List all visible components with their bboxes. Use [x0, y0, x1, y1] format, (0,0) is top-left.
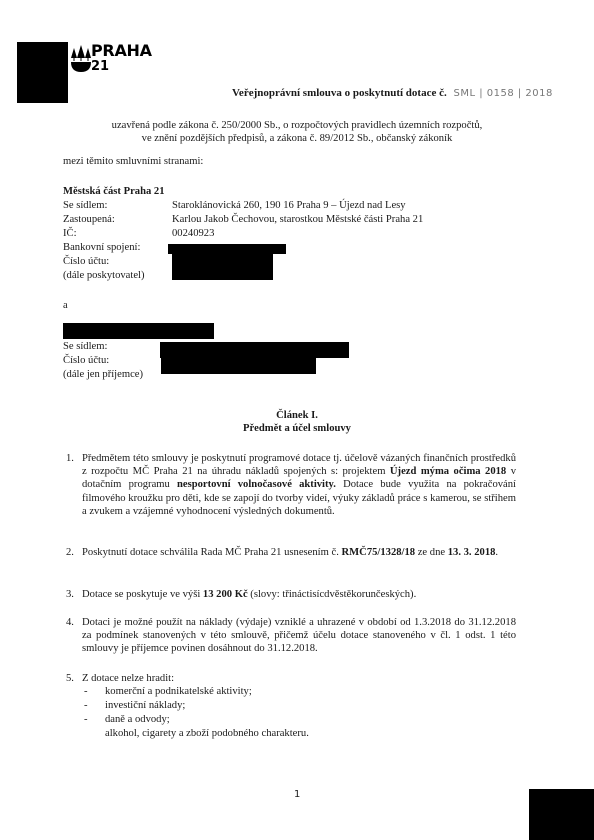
bullet-dash: -: [84, 700, 88, 711]
redaction-bottom-right: [529, 789, 594, 840]
resolution-number: RMČ75/1328/18: [342, 547, 416, 558]
title-text: Veřejnoprávní smlouva o poskytnutí dotac…: [232, 87, 447, 99]
page-number: 1: [294, 789, 300, 800]
item-text: Poskytnutí dotace schválila Rada MČ Prah…: [82, 546, 516, 559]
article-number: Článek I.: [0, 410, 594, 421]
item-number: 4.: [66, 616, 74, 629]
provider-alias: (dále poskytovatel): [63, 270, 145, 281]
article-item-2: 2. Poskytnutí dotace schválila Rada MČ P…: [66, 546, 516, 559]
provider-rep-value: Karlou Jakob Čechovou, starostkou Městsk…: [172, 214, 423, 225]
recipient-alias: (dále jen příjemce): [63, 369, 143, 380]
article-item-4: 4. Dotaci je možné použít na náklady (vý…: [66, 616, 516, 656]
item-text: Dotaci je možné použít na náklady (výdaj…: [82, 616, 516, 656]
article-item-3: 3. Dotace se poskytuje ve výši 13 200 Kč…: [66, 588, 516, 601]
recipient-account-label: Číslo účtu:: [63, 355, 109, 366]
resolution-date: 13. 3. 2018: [448, 547, 496, 558]
item-text-part: Dotace se poskytuje ve výši: [82, 589, 203, 600]
article-heading: Předmět a účel smlouvy: [0, 423, 594, 434]
item-text: Předmětem této smlouvy je poskytnutí pro…: [82, 452, 516, 518]
bullet-dash: -: [84, 714, 88, 725]
recipient-account-redaction: [161, 358, 316, 374]
excluded-item: daně a odvody;: [105, 714, 170, 725]
item-number: 3.: [66, 588, 74, 601]
provider-account-label: Číslo účtu:: [63, 256, 109, 267]
item-text-part: Poskytnutí dotace schválila Rada MČ Prah…: [82, 547, 342, 558]
provider-ic-value: 00240923: [172, 228, 214, 239]
provider-bank-label: Bankovní spojení:: [63, 242, 140, 253]
trees-icon: [70, 42, 92, 78]
praha-21-logo: PRAHA 21: [70, 42, 170, 78]
item-text: Dotace se poskytuje ve výši 13 200 Kč (s…: [82, 588, 516, 601]
and-conjunction: a: [63, 300, 68, 311]
provider-ic-label: IČ:: [63, 228, 77, 239]
intro-line-2: ve znění pozdějších předpisů, a zákona č…: [0, 133, 594, 144]
item-number: 5.: [66, 672, 74, 685]
provider-seat-label: Se sídlem:: [63, 200, 107, 211]
intro-line-1: uzavřená podle zákona č. 250/2000 Sb., o…: [0, 120, 594, 131]
recipient-seat-label: Se sídlem:: [63, 341, 107, 352]
article-item-5: 5. Z dotace nelze hradit:: [66, 672, 516, 685]
excluded-item: komerční a podnikatelské aktivity;: [105, 686, 252, 697]
item-text-part: ze dne: [415, 547, 448, 558]
contract-number-handwritten: SML | 0158 | 2018: [453, 88, 552, 99]
excluded-item: investiční náklady;: [105, 700, 185, 711]
item-text: Z dotace nelze hradit:: [82, 672, 516, 685]
parties-intro: mezi těmito smluvními stranami:: [63, 156, 203, 167]
bullet-dash: -: [84, 686, 88, 697]
excluded-item-tail: alkohol, cigarety a zboží podobného char…: [105, 728, 309, 739]
redaction-top-left: [17, 42, 68, 103]
provider-rep-label: Zastoupená:: [63, 214, 115, 225]
document-title: Veřejnoprávní smlouva o poskytnutí dotac…: [232, 87, 553, 99]
provider-name: Městská část Praha 21: [63, 186, 165, 197]
item-text-part: .: [495, 547, 498, 558]
provider-account-redaction: [172, 253, 273, 280]
recipient-name-redaction: [63, 323, 214, 339]
program-name: nesportovní volnočasové aktivity.: [177, 479, 336, 490]
logo-word: PRAHA: [91, 41, 152, 60]
project-name: Újezd mýma očima 2018: [390, 466, 506, 477]
grant-amount: 13 200 Kč: [203, 589, 248, 600]
recipient-seat-redaction: [160, 342, 349, 358]
article-item-1: 1. Předmětem této smlouvy je poskytnutí …: [66, 452, 516, 518]
provider-seat-value: Staroklánovická 260, 190 16 Praha 9 – Új…: [172, 200, 406, 211]
logo-number: 21: [91, 59, 109, 74]
item-text-part: (slovy: třináctisícdvěstěkorunčeských).: [248, 589, 417, 600]
item-number: 1.: [66, 452, 74, 465]
item-number: 2.: [66, 546, 74, 559]
